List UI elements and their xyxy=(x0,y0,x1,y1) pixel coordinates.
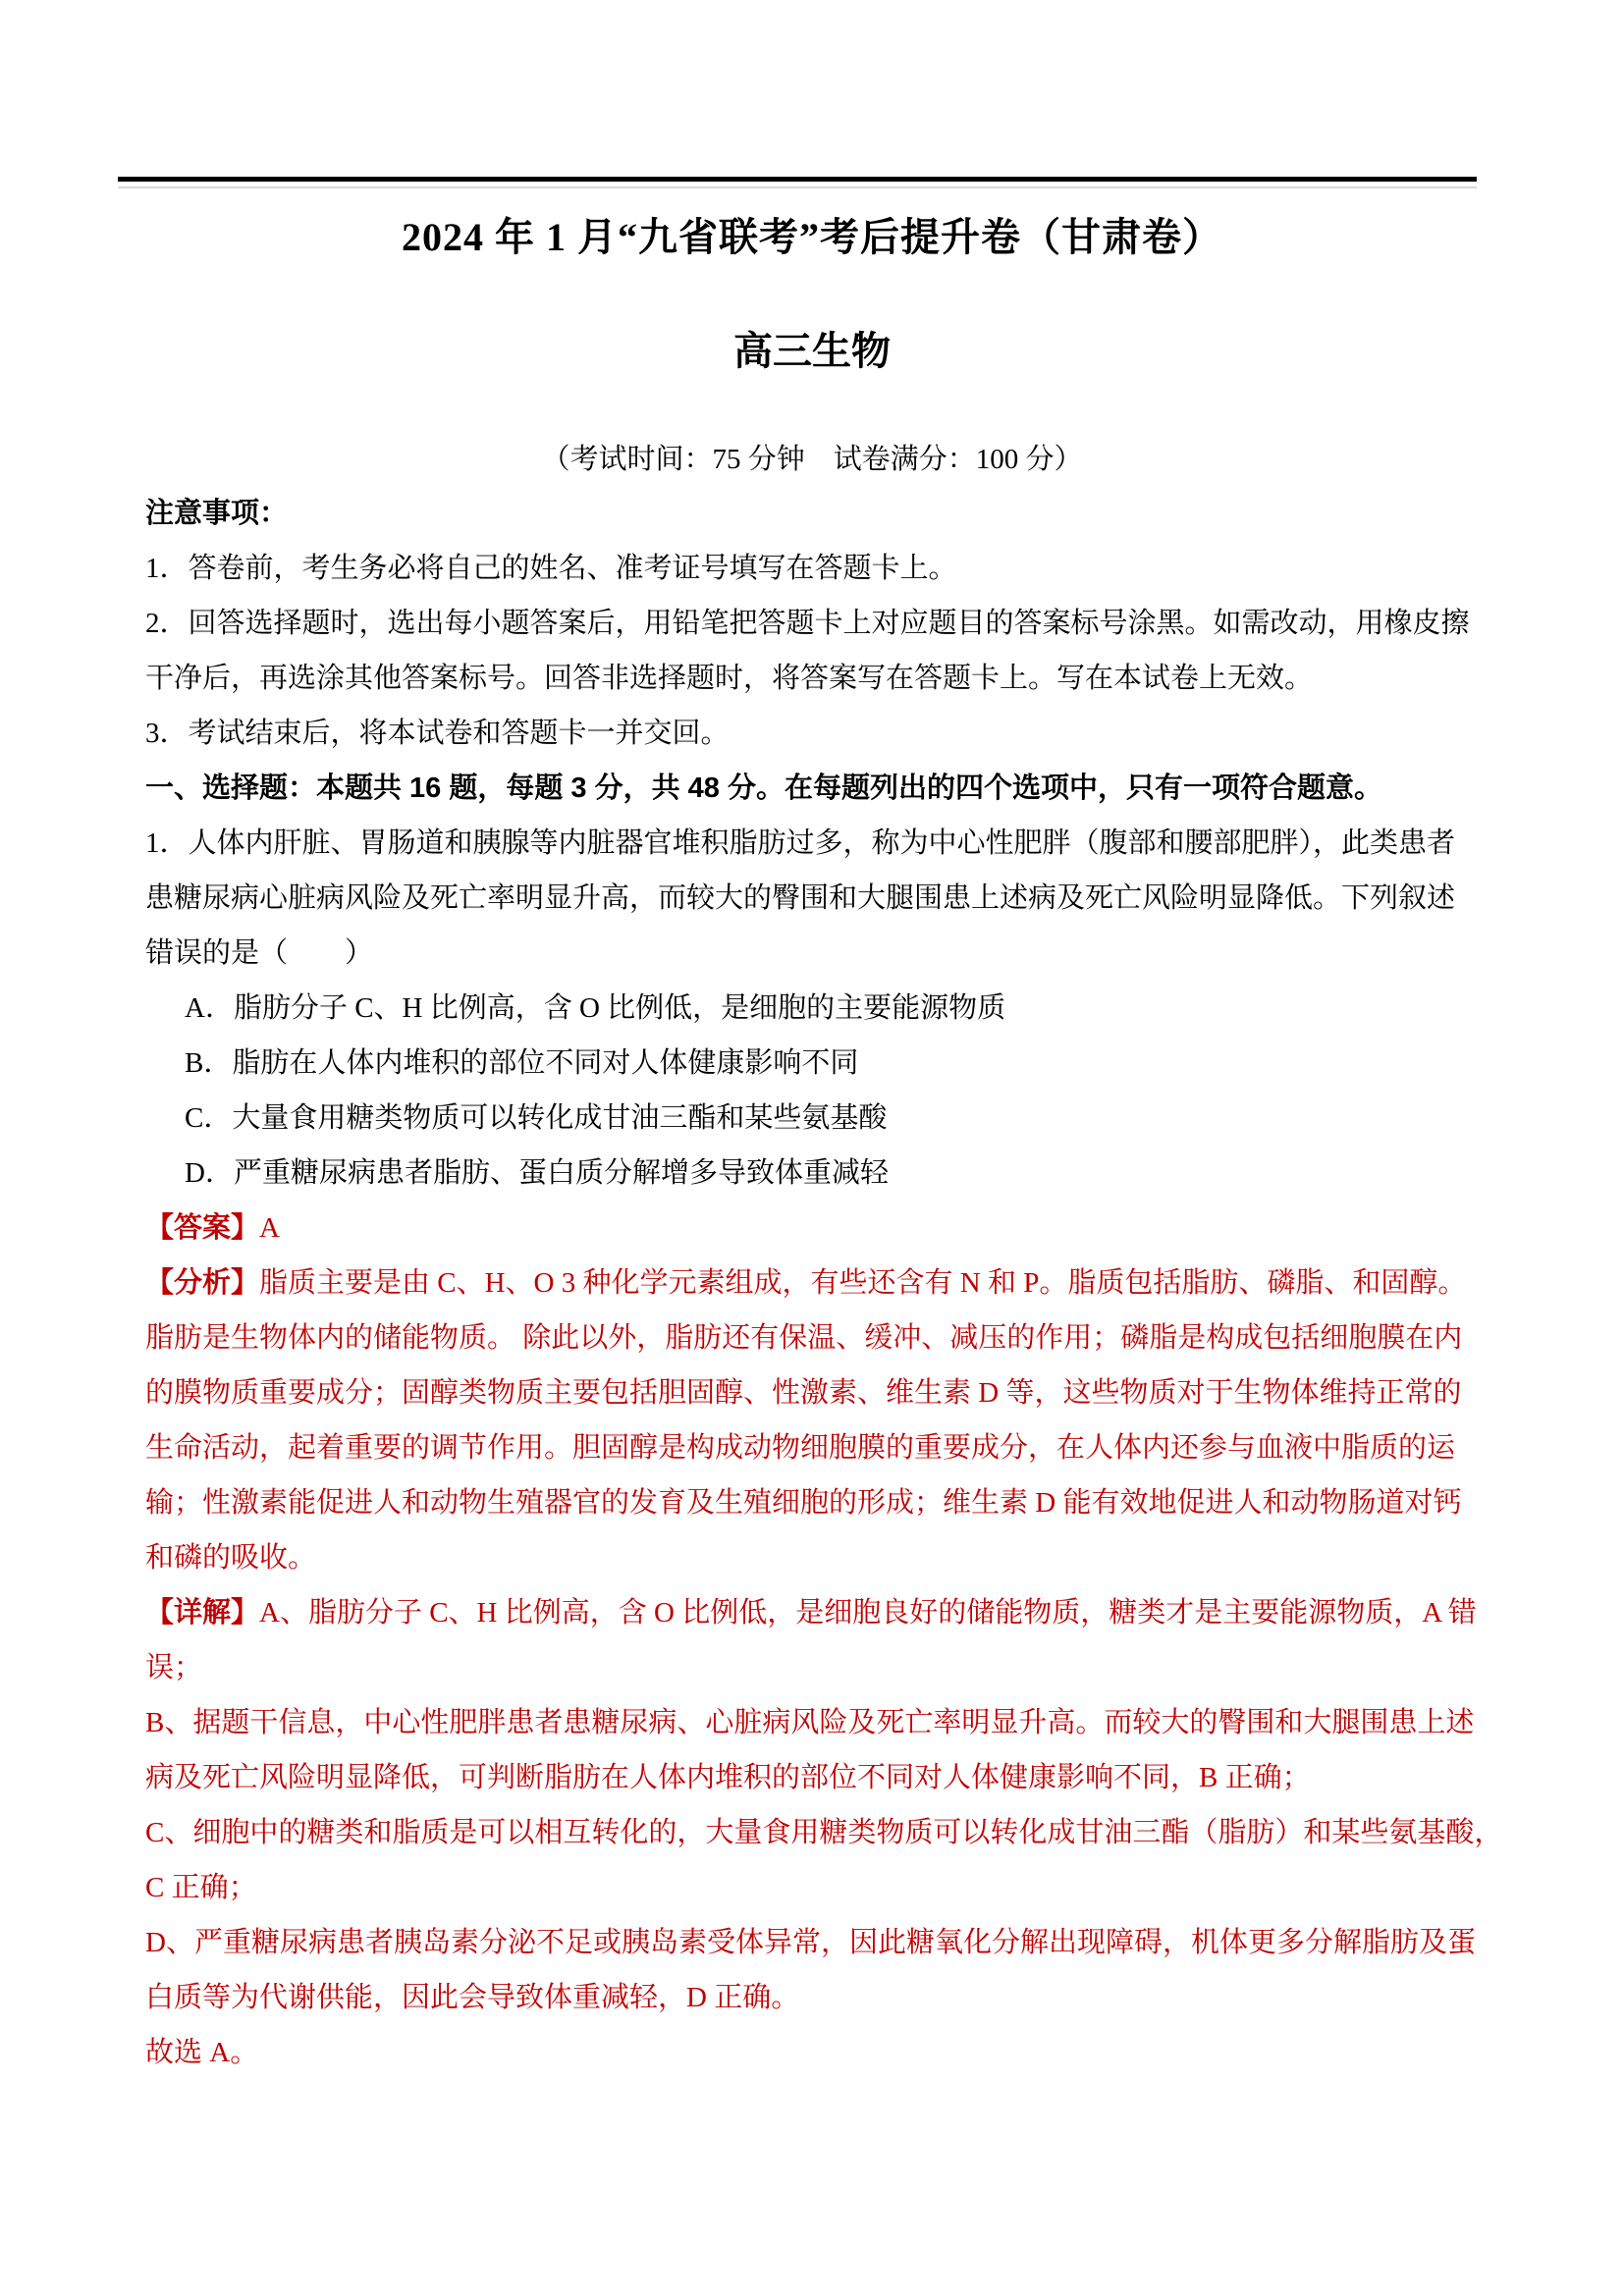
exam-page: 2024 年 1 月“九省联考”考后提升卷（甘肃卷） 高三生物 （考试时间：75… xyxy=(0,0,1624,2296)
analysis-line-1-text: 脂质主要是由 C、H、O 3 种化学元素组成，有些还含有 N 和 P。脂质包括脂… xyxy=(259,1267,1466,1299)
answer-label: 【答案】 xyxy=(145,1212,259,1244)
option-c: C．大量食用糖类物质可以转化成甘油三酯和某些氨基酸 xyxy=(145,1091,1479,1146)
notice-item-2-line-1: 2．回答选择题时，选出每小题答案后，用铅笔把答题卡上对应题目的答案标号涂黑。如需… xyxy=(145,596,1479,651)
analysis-line-6: 和磷的吸收。 xyxy=(145,1530,1479,1585)
notice-item-1: 1．答卷前，考生务必将自己的姓名、准考证号填写在答题卡上。 xyxy=(145,541,1479,596)
exam-meta: （考试时间：75 分钟 试卷满分：100 分） xyxy=(0,438,1624,481)
option-d: D．严重糖尿病患者脂肪、蛋白质分解增多导致体重减轻 xyxy=(145,1146,1479,1201)
answer-line: 【答案】A xyxy=(145,1201,1479,1255)
analysis-line-5: 输；性激素能促进人和动物生殖器官的发育及生殖细胞的形成；维生素 D 能有效地促进… xyxy=(145,1475,1479,1530)
detail-line-5: C、细胞中的糖类和脂质是可以相互转化的，大量食用糖类物质可以转化成甘油三酯（脂肪… xyxy=(145,1805,1479,1860)
notice-item-2-line-2: 干净后，再选涂其他答案标号。回答非选择题时，将答案写在答题卡上。写在本试卷上无效… xyxy=(145,651,1479,706)
header-rule-shadow xyxy=(118,187,1477,188)
detail-line-4: 病及死亡风险明显降低，可判断脂肪在人体内堆积的部位不同对人体健康影响不同，B 正… xyxy=(145,1750,1479,1805)
analysis-line-1: 【分析】脂质主要是由 C、H、O 3 种化学元素组成，有些还含有 N 和 P。脂… xyxy=(145,1255,1479,1310)
notice-heading: 注意事项： xyxy=(145,486,1479,541)
notice-item-3: 3．考试结束后，将本试卷和答题卡一并交回。 xyxy=(145,706,1479,761)
header-rule xyxy=(118,177,1477,182)
detail-label: 【详解】 xyxy=(145,1597,259,1629)
exam-title: 2024 年 1 月“九省联考”考后提升卷（甘肃卷） xyxy=(0,216,1624,259)
detail-line-1-text: A、脂肪分子 C、H 比例高，含 O 比例低，是细胞良好的储能物质，糖类才是主要… xyxy=(259,1597,1477,1629)
analysis-line-2: 脂肪是生物体内的储能物质。 除此以外，脂肪还有保温、缓冲、减压的作用；磷脂是构成… xyxy=(145,1310,1479,1365)
answer-text: A xyxy=(259,1212,280,1244)
option-a: A．脂肪分子 C、H 比例高，含 O 比例低，是细胞的主要能源物质 xyxy=(145,981,1479,1036)
analysis-line-4: 生命活动，起着重要的调节作用。胆固醇是构成动物细胞膜的重要成分，在人体内还参与血… xyxy=(145,1420,1479,1475)
detail-line-2: 误； xyxy=(145,1640,1479,1695)
question-stem-line-1: 1．人体内肝脏、胃肠道和胰腺等内脏器官堆积脂肪过多，称为中心性肥胖（腹部和腰部肥… xyxy=(145,816,1479,871)
option-b: B．脂肪在人体内堆积的部位不同对人体健康影响不同 xyxy=(145,1036,1479,1091)
question-stem-line-2: 患糖尿病心脏病风险及死亡率明显升高，而较大的臀围和大腿围患上述病及死亡风险明显降… xyxy=(145,871,1479,926)
detail-line-8: 白质等为代谢供能，因此会导致体重减轻，D 正确。 xyxy=(145,1970,1479,2025)
detail-line-1: 【详解】A、脂肪分子 C、H 比例高，含 O 比例低，是细胞良好的储能物质，糖类… xyxy=(145,1585,1479,1640)
conclusion-line: 故选 A。 xyxy=(145,2025,1479,2080)
section-heading: 一、选择题：本题共 16 题，每题 3 分，共 48 分。在每题列出的四个选项中… xyxy=(145,761,1479,816)
analysis-line-3: 的膜物质重要成分；固醇类物质主要包括胆固醇、性激素、维生素 D 等，这些物质对于… xyxy=(145,1365,1479,1420)
detail-line-3: B、据题干信息，中心性肥胖患者患糖尿病、心脏病风险及死亡率明显升高。而较大的臀围… xyxy=(145,1695,1479,1750)
detail-line-6: C 正确； xyxy=(145,1860,1479,1915)
detail-line-7: D、严重糖尿病患者胰岛素分泌不足或胰岛素受体异常，因此糖氧化分解出现障碍，机体更… xyxy=(145,1915,1479,1970)
exam-subject: 高三生物 xyxy=(0,330,1624,373)
exam-body: 注意事项： 1．答卷前，考生务必将自己的姓名、准考证号填写在答题卡上。 2．回答… xyxy=(145,486,1479,2080)
analysis-label: 【分析】 xyxy=(145,1267,259,1299)
question-stem-line-3: 错误的是（ ） xyxy=(145,926,1479,981)
